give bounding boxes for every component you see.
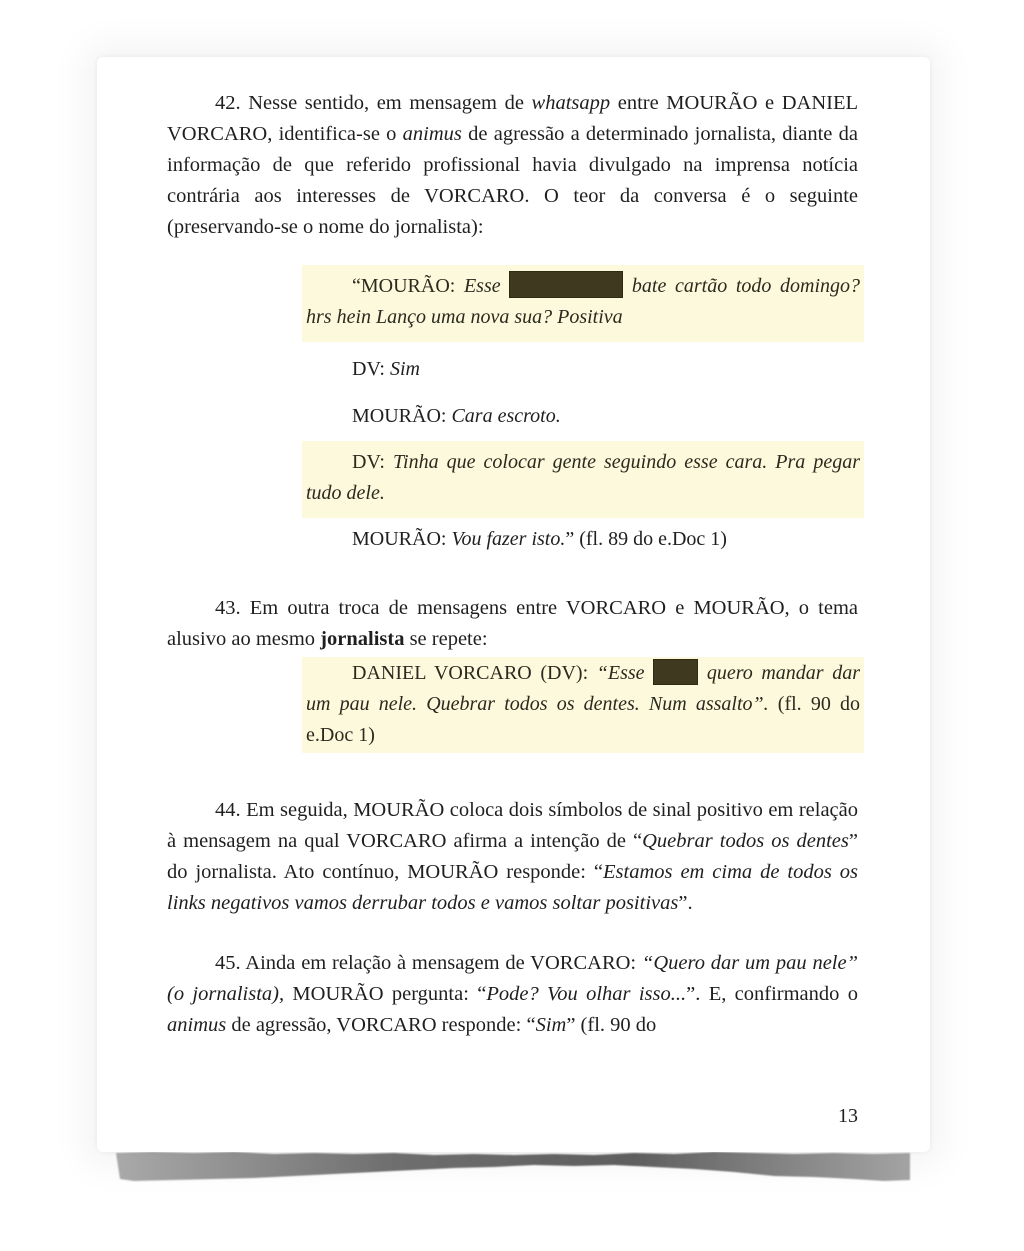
paragraph-42: 42. Nesse sentido, em mensagem de whatsa… xyxy=(167,88,858,243)
italic-quote: Sim xyxy=(536,1014,567,1036)
quote-line-mourao: MOURÃO: Cara escroto. xyxy=(302,388,864,441)
quote-line-vorcaro: DANIEL VORCARO (DV): “Esse quero mandar … xyxy=(306,658,860,751)
speaker-label: MOURÃO: xyxy=(352,405,451,427)
italic-term: whatsapp xyxy=(532,92,611,114)
highlighted-quote: DV: Tinha que colocar gente seguindo ess… xyxy=(302,441,864,518)
bold-term: jornalista xyxy=(320,628,404,650)
page-number: 13 xyxy=(838,1104,858,1128)
paragraph-45: 45. Ainda em relação à mensagem de VORCA… xyxy=(167,948,858,1041)
redaction-box xyxy=(509,271,623,298)
paragraph-text: ”. E, confirmando o xyxy=(686,983,858,1005)
speaker-label: DV: xyxy=(352,451,393,473)
quote-text: Vou fazer isto. xyxy=(451,528,565,550)
document-page: 42. Nesse sentido, em mensagem de whatsa… xyxy=(97,57,930,1152)
quote-text: “Esse xyxy=(597,662,645,684)
citation: ” (fl. 89 do e.Doc 1) xyxy=(565,528,727,550)
paragraph-number: 42. xyxy=(215,92,241,114)
paragraph-text: se repete: xyxy=(404,628,487,650)
paragraph-text: MOURÃO pergunta: “ xyxy=(284,983,486,1005)
italic-term: animus xyxy=(403,123,462,145)
paragraph-text: ”. xyxy=(678,892,692,914)
speaker-label: “MOURÃO: xyxy=(352,275,464,297)
paragraph-number: 44. xyxy=(215,799,241,821)
quote-line-dv: DV: Tinha que colocar gente seguindo ess… xyxy=(306,447,860,509)
italic-quote: Quebrar todos os dentes xyxy=(642,830,849,852)
paragraph-text: de agressão, VORCARO responde: “ xyxy=(226,1014,535,1036)
quote-line-mourao: MOURÃO: Vou fazer isto.” (fl. 89 do e.Do… xyxy=(302,518,864,558)
italic-term: animus xyxy=(167,1014,226,1036)
quote-line-mourao: “MOURÃO: Esse bate cartão todo domingo? … xyxy=(306,271,860,333)
text-column: 42. Nesse sentido, em mensagem de whatsa… xyxy=(167,88,858,1041)
torn-edge-shadow xyxy=(114,1150,912,1184)
highlighted-quote: “MOURÃO: Esse bate cartão todo domingo? … xyxy=(302,265,864,342)
paragraph-43: 43. Em outra troca de mensagens entre VO… xyxy=(167,593,858,655)
quote-block-2: DANIEL VORCARO (DV): “Esse quero mandar … xyxy=(302,657,864,753)
quote-text: Cara escroto. xyxy=(451,405,560,427)
paragraph-text: Nesse sentido, em mensagem de xyxy=(241,92,532,114)
paragraph-number: 43. xyxy=(215,597,241,619)
paragraph-text: Em outra troca de mensagens entre VORCAR… xyxy=(167,597,858,650)
redaction-box xyxy=(653,659,698,685)
speaker-label: MOURÃO: xyxy=(352,528,451,550)
speaker-label: DANIEL VORCARO (DV): xyxy=(352,662,597,684)
speaker-label: DV: xyxy=(352,358,390,380)
quote-text: Sim xyxy=(390,358,420,380)
quote-block-1: “MOURÃO: Esse bate cartão todo domingo? … xyxy=(302,265,864,558)
quote-text: Esse xyxy=(464,275,501,297)
quote-line-dv: DV: Sim xyxy=(302,342,864,388)
paragraph-44: 44. Em seguida, MOURÃO coloca dois símbo… xyxy=(167,795,858,919)
paragraph-number: 45. xyxy=(215,952,241,974)
paragraph-text: ” (fl. 90 do xyxy=(566,1014,656,1036)
highlighted-quote: DANIEL VORCARO (DV): “Esse quero mandar … xyxy=(302,657,864,753)
italic-quote: Pode? Vou olhar isso... xyxy=(486,983,686,1005)
paragraph-text: Ainda em relação à mensagem de VORCARO: xyxy=(241,952,642,974)
